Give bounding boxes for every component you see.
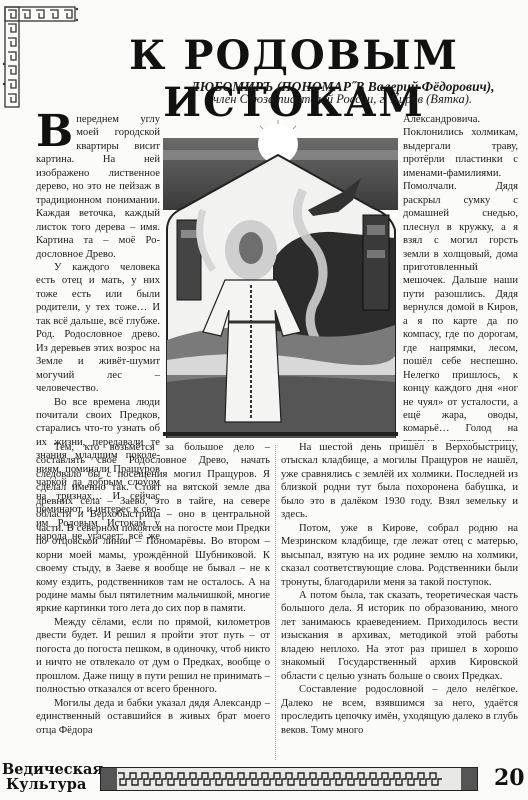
- author-role: член Союза писателей России, г. Киров (В…: [170, 93, 515, 106]
- paragraph: У каждого человека есть отец и мать, у н…: [36, 261, 160, 396]
- paragraph: Впереднем углу моей городской квартиры в…: [36, 113, 160, 261]
- paragraph: Составление родословной – дело нелёгкое.…: [281, 683, 518, 737]
- article-column-bottom-left: Тем, кто возьмётся за большое дело – сос…: [36, 441, 270, 737]
- paragraph: На шестой день пришёл в Верхобыстрицу, о…: [281, 441, 518, 522]
- article-column-bottom-right: На шестой день пришёл в Верхобыстрицу, о…: [281, 441, 518, 737]
- paragraph: Между сёлами, если по прямой, километров…: [36, 616, 270, 697]
- paragraph: Могилы деда и бабки указал дядя Александ…: [36, 697, 270, 737]
- page-number: 20: [494, 765, 525, 791]
- paragraph: Тем, кто возьмётся за большое дело – сос…: [36, 441, 270, 616]
- byline: ЛЮБОМИРЪ (ПОНОМАР˝В Валерий Фёдорович), …: [170, 80, 515, 106]
- paragraph: Александровича. Поклони­лись холмикам, в…: [403, 113, 518, 441]
- column-divider: [275, 445, 276, 760]
- meander-footer-band: [100, 767, 478, 791]
- paragraph: А потом была, так сказать, теоретическая…: [281, 589, 518, 683]
- article-column-right: Александровича. Поклони­лись холмикам, в…: [403, 113, 518, 441]
- magazine-page: К РОДОВЫМ ИСТОКАМ ЛЮБОМИРЪ (ПОНОМАР˝В Ва…: [0, 0, 528, 800]
- illustration-elder-with-idols: [163, 120, 398, 438]
- drop-cap: В: [36, 114, 73, 150]
- logo-line-2: Культура: [2, 777, 87, 792]
- paragraph: Потом, уже в Кирове, собрал родню на Мез…: [281, 522, 518, 589]
- magazine-logo: Ведическая Культура: [2, 762, 87, 798]
- logo-line-1: Ведическая: [2, 762, 87, 777]
